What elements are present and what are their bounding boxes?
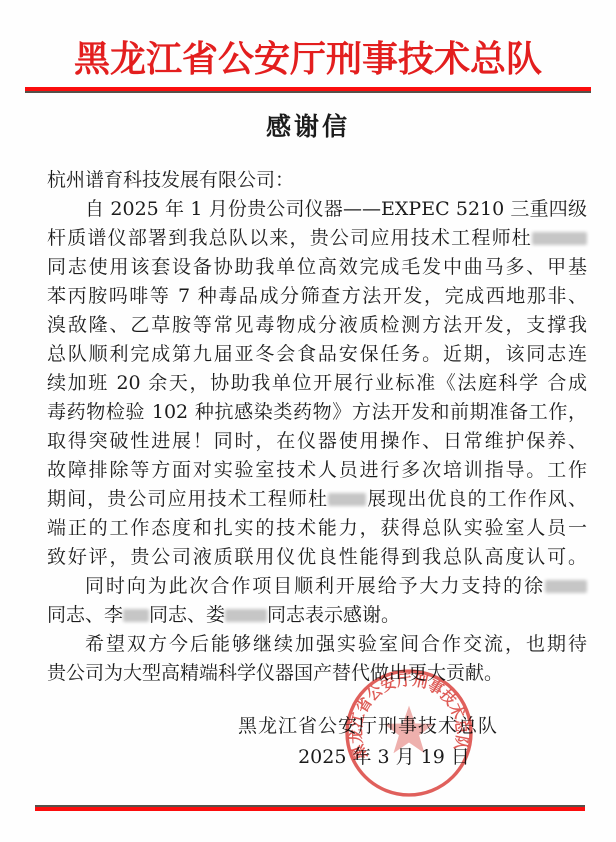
letter-text: 溴敌隆、乙草胺等常见毒物成分液质检测方法开发，支撑我	[47, 314, 587, 336]
letter-line: 希望双方今后能够继续加强实验室间合作交流，也期待	[47, 630, 587, 659]
letter-text: 致好评，贵公司液质联用仪优良性能得到我总队高度认可。	[47, 546, 587, 568]
letter-text: 同时向为此次合作项目顺利开展给予大力支持的徐	[85, 575, 545, 597]
letter-text: 自 2025 年 1 月份贵公司仪器——EXPEC 5210 三重四级	[85, 198, 587, 220]
letter-line: 同志、李同志、娄同志表示感谢。	[47, 601, 587, 630]
scanned-letter-page: 黑龙江省公安厅刑事技术总队 感谢信 杭州谱育科技发展有限公司： 自 2025 年…	[0, 0, 616, 842]
letter-line: 致好评，贵公司液质联用仪优良性能得到我总队高度认可。	[47, 543, 587, 572]
footer-divider	[35, 805, 585, 812]
redacted-name	[545, 580, 587, 593]
letter-line: 贵公司为大型高精端科学仪器国产替代做出更大贡献。	[47, 659, 587, 688]
letter-text: 同志、李	[47, 604, 123, 626]
letter-line: 期间，贵公司应用技术工程师杜展现出优良的工作作风、	[47, 485, 587, 514]
letterhead-org-title: 黑龙江省公安厅刑事技术总队	[0, 31, 616, 82]
letter-text: 故障排除等方面对实验室技术人员进行多次培训指导。工作	[47, 459, 587, 481]
letter-text: 杆质谱仪部署到我总队以来，贵公司应用技术工程师杜	[47, 227, 532, 249]
letter-line: 苯丙胺吗啡等 7 种毒品成分筛查方法开发，完成西地那非、	[47, 282, 587, 311]
letter-text: 总队顺利完成第九届亚冬会食品安保任务。近期，该同志连	[47, 343, 587, 365]
letter-line: 同志使用该套设备协助我单位高效完成毛发中曲马多、甲基	[47, 253, 587, 282]
letter-line: 端正的工作态度和扎实的技术能力，获得总队实验室人员一	[47, 514, 587, 543]
redacted-name	[532, 232, 587, 245]
letter-line: 取得突破性进展！同时，在仪器使用操作、日常维护保养、	[47, 427, 587, 456]
letter-text: 取得突破性进展！同时，在仪器使用操作、日常维护保养、	[47, 430, 587, 452]
letter-line: 同时向为此次合作项目顺利开展给予大力支持的徐	[47, 572, 587, 601]
letter-text: 毒药物检验 102 种抗感染类药物》方法开发和前期准备工作，	[47, 401, 587, 423]
letter-text: 苯丙胺吗啡等 7 种毒品成分筛查方法开发，完成西地那非、	[47, 285, 587, 307]
redacted-name	[225, 609, 267, 622]
letter-line: 毒药物检验 102 种抗感染类药物》方法开发和前期准备工作，	[47, 398, 587, 427]
letter-line: 自 2025 年 1 月份贵公司仪器——EXPEC 5210 三重四级	[47, 195, 587, 224]
letter-text: 同志使用该套设备协助我单位高效完成毛发中曲马多、甲基	[47, 256, 587, 278]
letter-body: 杭州谱育科技发展有限公司： 自 2025 年 1 月份贵公司仪器——EXPEC …	[47, 166, 587, 688]
letter-text: 期间，贵公司应用技术工程师杜	[47, 488, 328, 510]
letterhead-divider	[25, 87, 591, 94]
letterhead-divider-dark-line	[25, 91, 591, 93]
footer-divider-red-line	[35, 807, 585, 811]
letter-title: 感谢信	[0, 107, 616, 143]
seal-star-icon	[384, 706, 434, 754]
letter-line: 续加班 20 余天，协助我单位开展行业标准《法庭科学 合成	[47, 369, 587, 398]
letter-line: 故障排除等方面对实验室技术人员进行多次培训指导。工作	[47, 456, 587, 485]
letter-text: 同志表示感谢。	[267, 604, 400, 626]
redacted-name	[328, 493, 366, 506]
letter-text: 展现出优良的工作作风、	[366, 488, 587, 510]
letter-line: 杆质谱仪部署到我总队以来，贵公司应用技术工程师杜	[47, 224, 587, 253]
letter-salutation: 杭州谱育科技发展有限公司：	[47, 166, 587, 195]
letter-text: 同志、娄	[149, 604, 225, 626]
letter-line: 总队顺利完成第九届亚冬会食品安保任务。近期，该同志连	[47, 340, 587, 369]
letter-line: 溴敌隆、乙草胺等常见毒物成分液质检测方法开发，支撑我	[47, 311, 587, 340]
letter-text: 希望双方今后能够继续加强实验室间合作交流，也期待	[85, 633, 587, 655]
official-seal: 黑龙江省公安厅刑事技术总队	[343, 667, 475, 799]
letter-text: 端正的工作态度和扎实的技术能力，获得总队实验室人员一	[47, 517, 587, 539]
redacted-name	[123, 609, 149, 622]
letter-text: 续加班 20 余天，协助我单位开展行业标准《法庭科学 合成	[47, 372, 587, 394]
